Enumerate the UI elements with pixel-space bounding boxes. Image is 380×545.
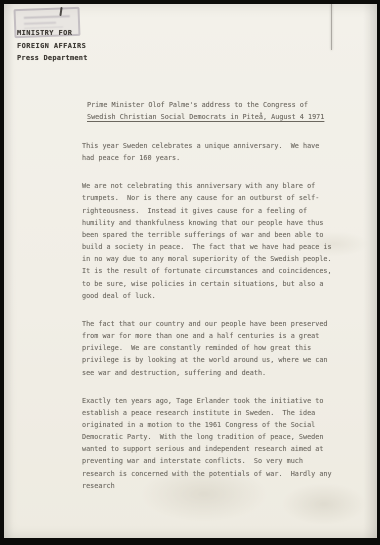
paragraph-4: Exactly ten years ago, Tage Erlander too… xyxy=(82,395,334,492)
paragraph-1: This year Sweden celebrates a unique ann… xyxy=(82,140,334,164)
document-title: Prime Minister Olof Palme's address to t… xyxy=(87,99,337,123)
title-line-1: Prime Minister Olof Palme's address to t… xyxy=(87,101,308,109)
paragraph-2: We are not celebrating this anniversary … xyxy=(82,180,334,302)
letterhead-line-1: MINISTRY FOR xyxy=(17,29,72,37)
scanned-press-release: { "page": { "background_color": "#0b0b09… xyxy=(0,0,380,545)
paragraph-3: The fact that our country and our people… xyxy=(82,318,334,379)
letterhead: MINISTRY FOR FOREIGN AFFAIRS Press Depar… xyxy=(17,27,88,65)
document-body: This year Sweden celebrates a unique ann… xyxy=(82,140,334,508)
letterhead-line-3: Press Department xyxy=(17,54,88,62)
letterhead-line-2: FOREIGN AFFAIRS xyxy=(17,42,86,50)
paper-crease xyxy=(331,4,332,50)
title-line-2: Swedish Christian Social Democrats in Pi… xyxy=(87,113,324,121)
document-page: MINISTRY FOR FOREIGN AFFAIRS Press Depar… xyxy=(4,4,377,538)
